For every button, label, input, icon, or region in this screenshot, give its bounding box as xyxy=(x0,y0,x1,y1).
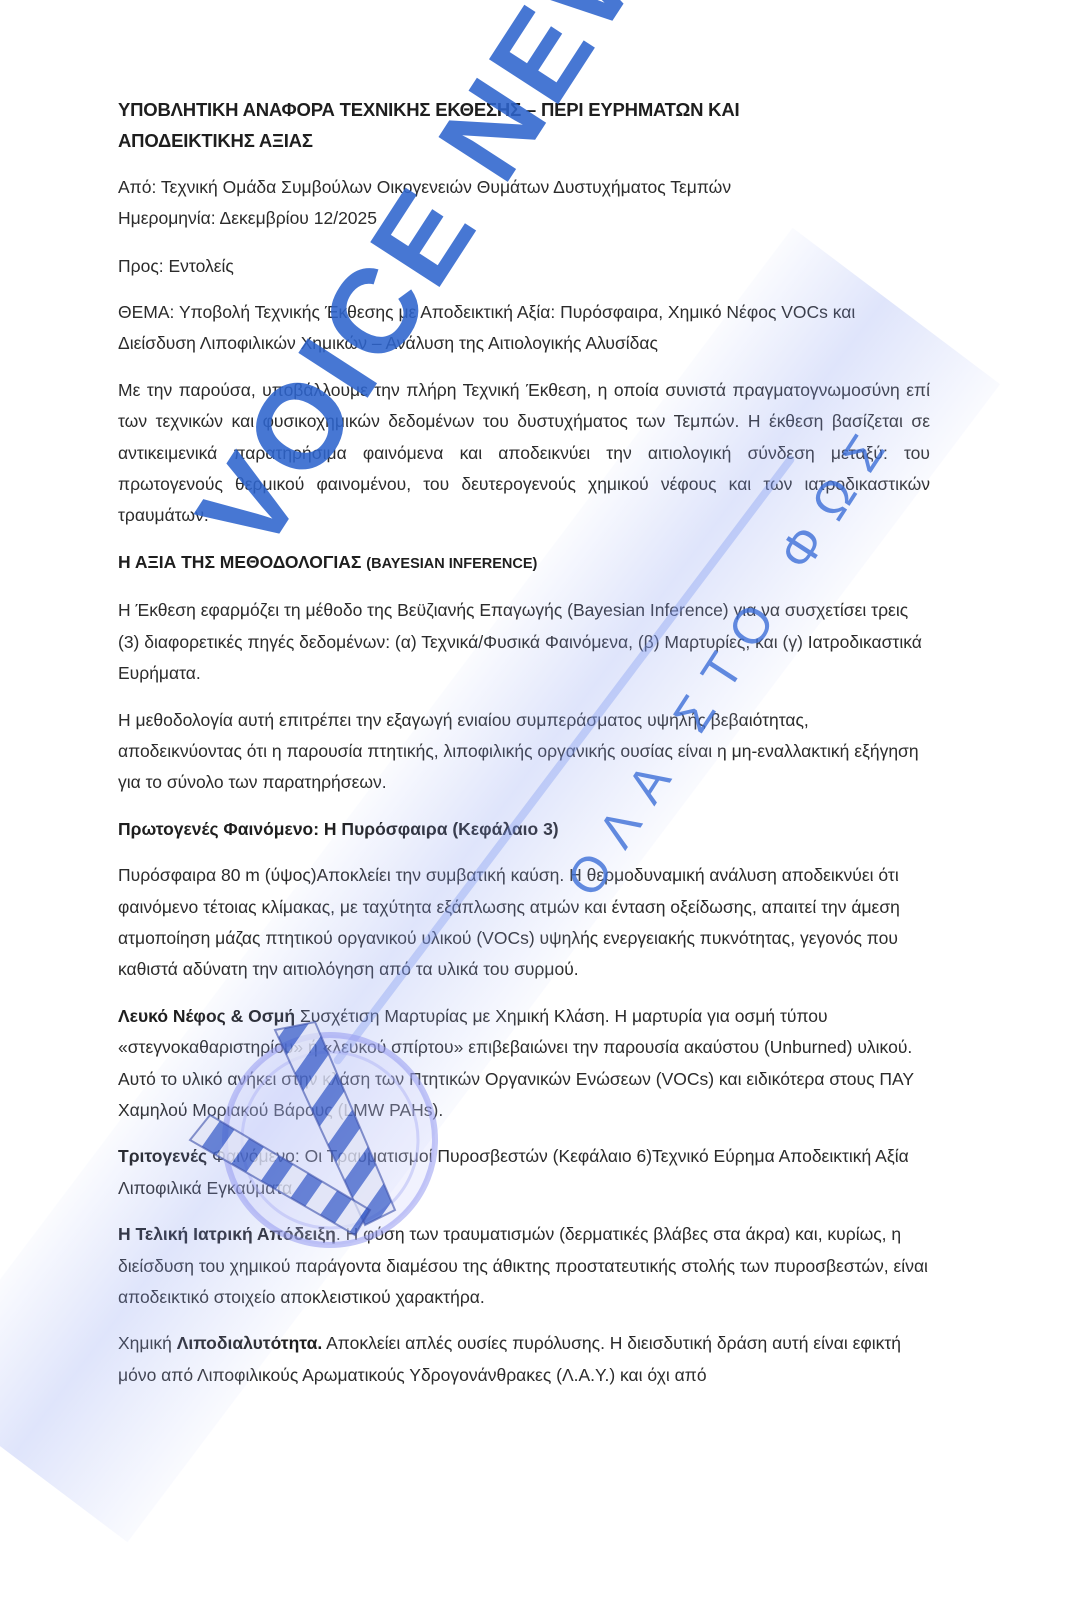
tertiary-lead: Τριτογενές xyxy=(118,1146,207,1166)
title-line-2: ΑΠΟΔΕΙΚΤΙΚΗΣ ΑΞΙΑΣ xyxy=(118,130,313,151)
sender-block: Από: Τεχνική Ομάδα Συμβούλων Οικογενειών… xyxy=(118,172,930,235)
medical-proof-lead: Η Τελική Ιατρική Απόδειξη xyxy=(118,1224,336,1244)
primary-phenomenon-paragraph: Πυρόσφαιρα 80 m (ύψος)Αποκλείει την συμβ… xyxy=(118,860,930,986)
date-line: Ημερομηνία: Δεκεμβρίου 12/2025 xyxy=(118,208,377,228)
document-page: ΥΠΟΒΛΗΤΙΚΗ ΑΝΑΦΟΡΑ ΤΕΧΝΙΚΗΣ ΕΚΘΕΣΗΣ – ΠΕ… xyxy=(0,0,1071,1600)
document-title: ΥΠΟΒΛΗΤΙΚΗ ΑΝΑΦΟΡΑ ΤΕΧΝΙΚΗΣ ΕΚΘΕΣΗΣ – ΠΕ… xyxy=(118,94,930,157)
recipient-line: Προς: Εντολείς xyxy=(118,251,930,282)
primary-phenomenon-heading: Πρωτογενές Φαινόμενο: Η Πυρόσφαιρα (Κεφά… xyxy=(118,814,930,845)
white-cloud-lead: Λευκό Νέφος & Οσμή xyxy=(118,1006,295,1026)
from-line: Από: Τεχνική Ομάδα Συμβούλων Οικογενειών… xyxy=(118,177,731,197)
subject-line: ΘΕΜΑ: Υποβολή Τεχνικής Έκθεσης με Αποδει… xyxy=(118,297,930,360)
white-cloud-paragraph: Λευκό Νέφος & Οσμή Συσχέτιση Μαρτυρίας μ… xyxy=(118,1001,930,1127)
document-body: ΥΠΟΒΛΗΤΙΚΗ ΑΝΑΦΟΡΑ ΤΕΧΝΙΚΗΣ ΕΚΘΕΣΗΣ – ΠΕ… xyxy=(118,94,930,1391)
medical-proof-paragraph: Η Τελική Ιατρική Απόδειξη. Η φύση των τρ… xyxy=(118,1219,930,1313)
tertiary-phenomenon-paragraph: Τριτογενές Φαινόμενο: Οι Τραυματισμοί Πυ… xyxy=(118,1141,930,1204)
chemical-lead: Λιποδιαλυτότητα. xyxy=(177,1333,322,1353)
chemical-pre: Χημική xyxy=(118,1333,177,1353)
intro-paragraph: Με την παρούσα, υποβάλλουμε την πλήρη Τε… xyxy=(118,375,930,532)
tertiary-text: Φαινόμενο: Οι Τραυματισμοί Πυροσβεστών (… xyxy=(118,1146,909,1197)
methodology-heading: Η ΑΞΙΑ ΤΗΣ ΜΕΘΟΔΟΛΟΓΙΑΣ (BAYESIAN INFERE… xyxy=(118,547,930,580)
methodology-heading-text: Η ΑΞΙΑ ΤΗΣ ΜΕΘΟΔΟΛΟΓΙΑΣ xyxy=(118,552,361,572)
methodology-paragraph-2: Η μεθοδολογία αυτή επιτρέπει την εξαγωγή… xyxy=(118,705,930,799)
methodology-heading-sub: (BAYESIAN INFERENCE) xyxy=(366,556,537,572)
chemical-lipophilicity-paragraph: Χημική Λιποδιαλυτότητα. Αποκλείει απλές … xyxy=(118,1328,930,1391)
title-line-1: ΥΠΟΒΛΗΤΙΚΗ ΑΝΑΦΟΡΑ ΤΕΧΝΙΚΗΣ ΕΚΘΕΣΗΣ – ΠΕ… xyxy=(118,99,739,120)
methodology-paragraph-1: Η Έκθεση εφαρμόζει τη μέθοδο της Βεϋζιαν… xyxy=(118,595,930,689)
